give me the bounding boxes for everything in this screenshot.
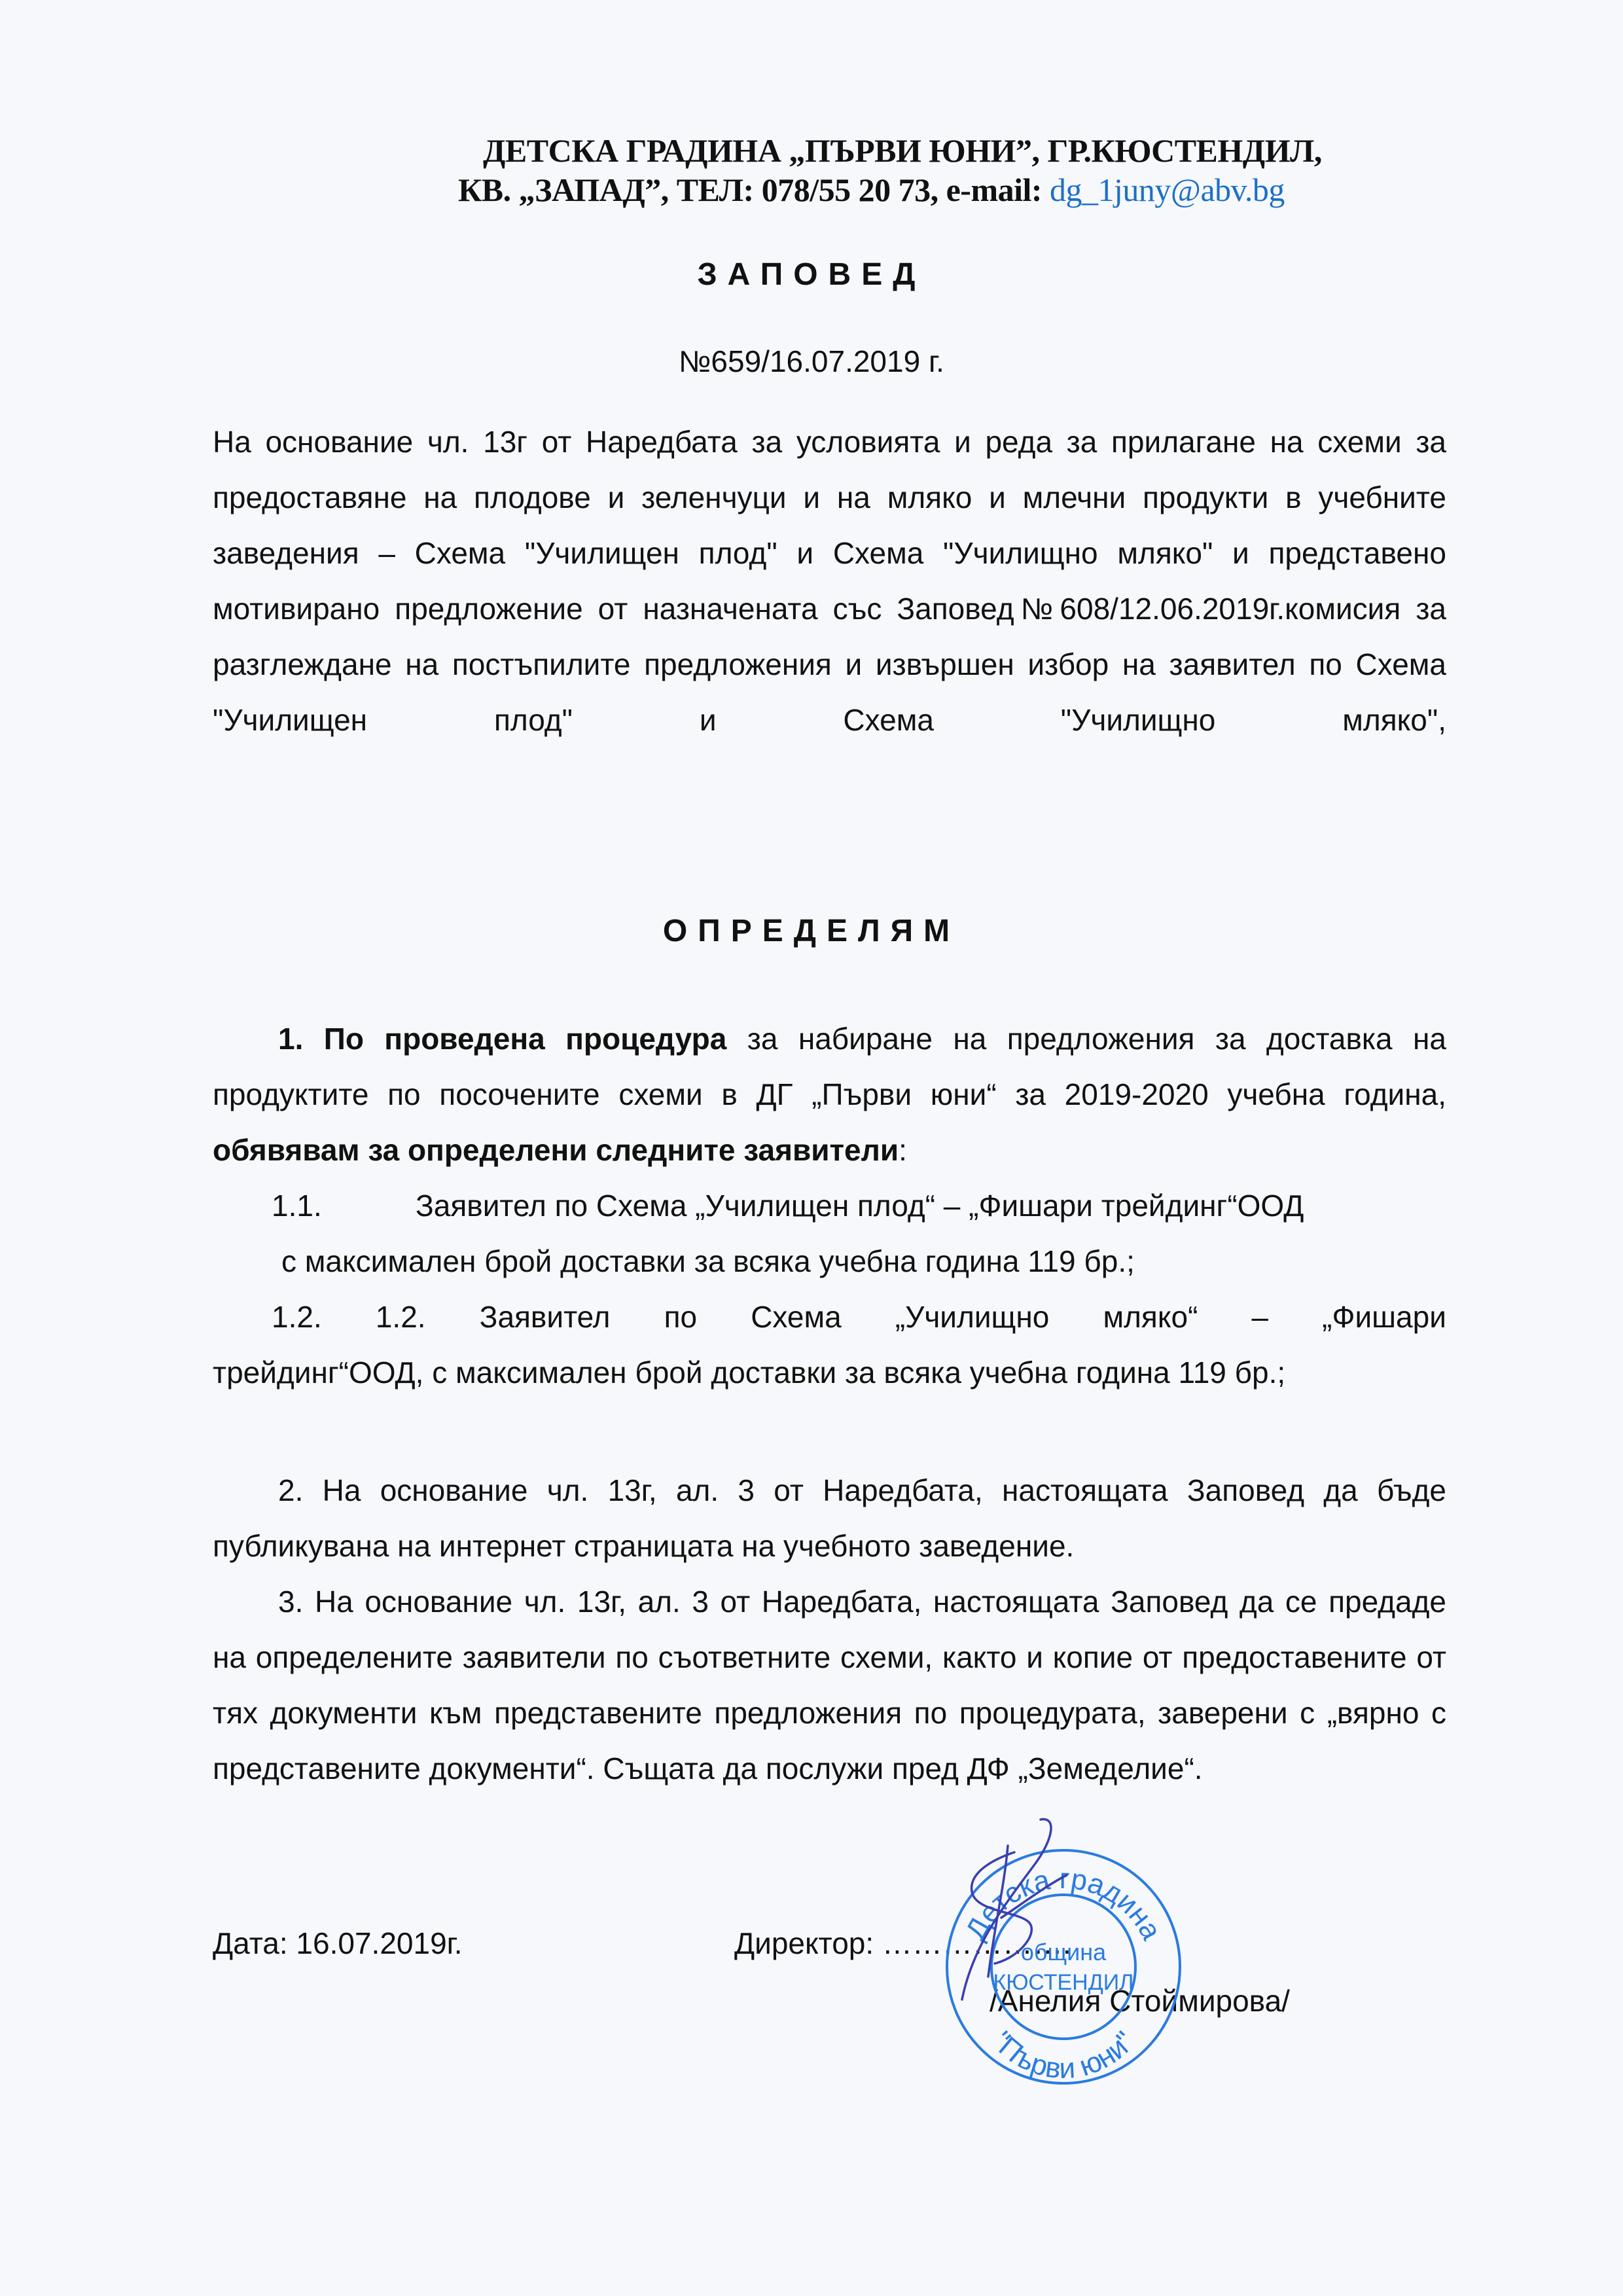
sub-item-word: 1.2. bbox=[376, 1289, 426, 1345]
item-1-paragraph: 1. По проведена процедура за набиране на… bbox=[213, 1011, 1446, 1178]
sub-item-1-2-continuation: трейдинг“ООД, с максимален брой доставки… bbox=[213, 1345, 1446, 1401]
sub-item-word: Заявител bbox=[480, 1289, 611, 1345]
order-item-3: 3. На основание чл. 13г, ал. 3 от Наредб… bbox=[213, 1574, 1446, 1797]
letterhead: ДЕТСКА ГРАДИНА „ПЪРВИ ЮНИ”, ГР.КЮСТЕНДИЛ… bbox=[458, 131, 1329, 209]
letterhead-line-1: ДЕТСКА ГРАДИНА „ПЪРВИ ЮНИ”, ГР.КЮСТЕНДИЛ… bbox=[458, 131, 1329, 170]
sub-item-word: – bbox=[1251, 1289, 1268, 1345]
sub-item-word: „Училищно bbox=[895, 1289, 1050, 1345]
sub-item-word: по bbox=[664, 1289, 698, 1345]
order-item-2: 2. На основание чл. 13г, ал. 3 от Наредб… bbox=[213, 1463, 1446, 1574]
ordain-heading: ОПРЕДЕЛЯМ bbox=[0, 913, 1623, 949]
sub-item-1-1: 1.1.Заявител по Схема „Училищен плод“ – … bbox=[213, 1178, 1446, 1234]
email-link[interactable]: dg_1juny@abv.bg bbox=[1050, 171, 1285, 208]
document-page: ДЕТСКА ГРАДИНА „ПЪРВИ ЮНИ”, ГР.КЮСТЕНДИЛ… bbox=[0, 0, 1623, 2296]
svg-text:"Първи юни": "Първи юни" bbox=[986, 2026, 1141, 2085]
sub-item-1-2: 1.2. 1.2. Заявител по Схема „Училищно мл… bbox=[213, 1289, 1446, 1345]
stamp-bottom-text: "Първи юни" bbox=[986, 2026, 1141, 2085]
sub-item-word: Схема bbox=[751, 1289, 842, 1345]
letterhead-line-2: КВ. „ЗАПАД”, ТЕЛ: 078/55 20 73, e-mail: … bbox=[458, 170, 1329, 209]
order-item-1: 1. По проведена процедура за набиране на… bbox=[213, 1011, 1446, 1401]
item-1-lead: 1. По проведена процедура bbox=[278, 1022, 726, 1056]
item-1-colon: : bbox=[899, 1133, 907, 1167]
sub-item-1-1-continuation: с максимален брой доставки за всяка учеб… bbox=[213, 1234, 1446, 1289]
sub-item-number: 1.1. bbox=[272, 1178, 416, 1234]
sub-item-word: мляко“ bbox=[1103, 1289, 1198, 1345]
preamble-paragraph: На основание чл. 13г от Наредбата за усл… bbox=[213, 414, 1446, 748]
letterhead-contact: КВ. „ЗАПАД”, ТЕЛ: 078/55 20 73, e-mail: bbox=[458, 171, 1050, 208]
sub-item-number: 1.2. bbox=[272, 1289, 322, 1345]
preamble-text: На основание чл. 13г от Наредбата за усл… bbox=[213, 425, 1446, 737]
item-1-tail: обявявам за определени следните заявител… bbox=[213, 1133, 899, 1167]
document-title: ЗАПОВЕД bbox=[0, 257, 1623, 293]
sub-item-text: Заявител по Схема „Училищен плод“ – „Фиш… bbox=[416, 1189, 1304, 1223]
sub-item-word: „Фишари bbox=[1322, 1289, 1446, 1345]
signature-date: Дата: 16.07.2019г. bbox=[213, 1926, 463, 1961]
document-number: №659/16.07.2019 г. bbox=[0, 344, 1623, 379]
handwritten-signature-icon bbox=[942, 1813, 1073, 2003]
